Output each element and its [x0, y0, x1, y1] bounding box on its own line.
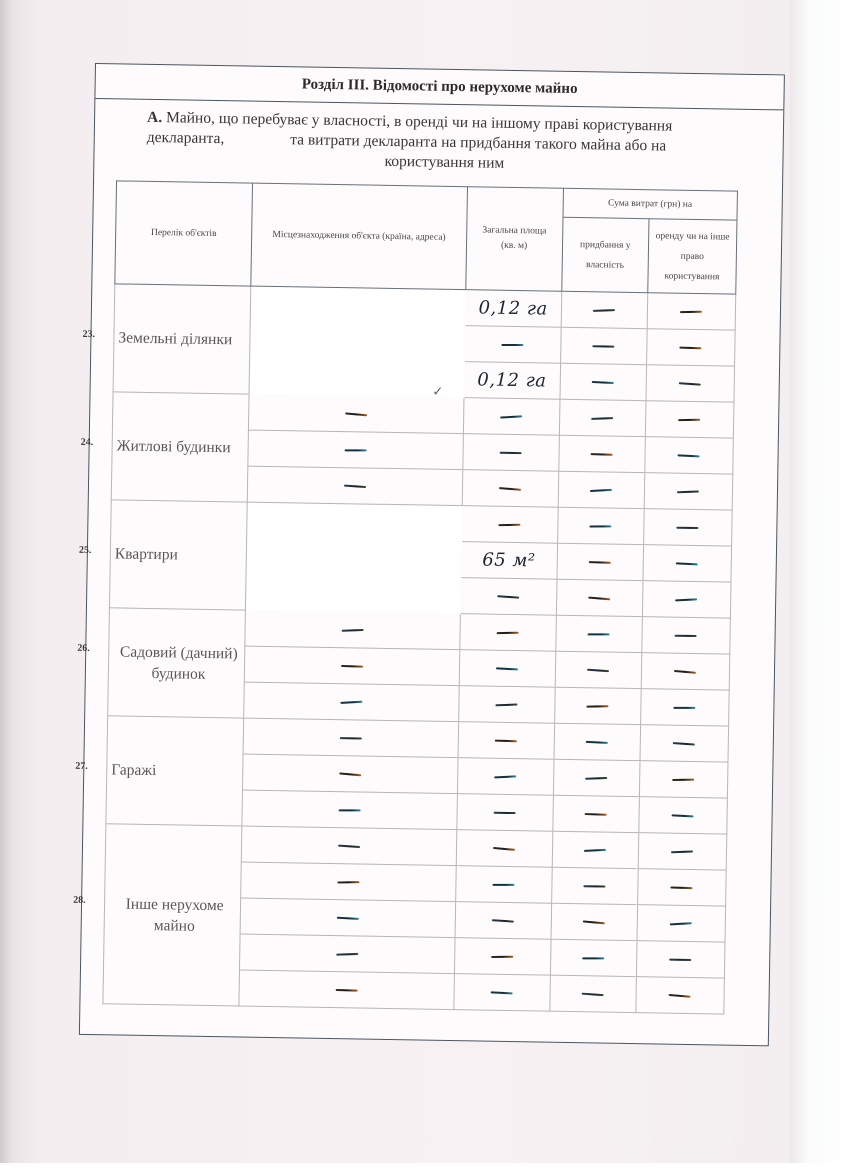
- object-type-cell: 23.Земельні ділянки: [113, 284, 251, 394]
- cell-area: —: [456, 794, 553, 832]
- handwritten-dash: [499, 487, 521, 491]
- cell-rent: —: [640, 689, 729, 726]
- handwritten-dash: [502, 344, 524, 346]
- cell-area: —: [453, 974, 550, 1012]
- redacted-gap: [224, 143, 286, 144]
- handwritten-dash: [496, 703, 518, 706]
- cell-location: —: [243, 754, 458, 794]
- cell-area: —: [462, 470, 559, 508]
- cell-rent: —: [638, 833, 727, 870]
- row-number: 25.: [79, 545, 92, 556]
- handwritten-dash: [491, 991, 513, 994]
- cell-rent: —: [643, 545, 732, 582]
- cell-area: —: [457, 758, 554, 796]
- cell-rent: —: [644, 473, 733, 510]
- cell-purchase: —: [553, 759, 640, 796]
- handwritten-dash: [337, 917, 359, 920]
- handwritten-dash: [671, 850, 693, 853]
- handwritten-dash: [339, 809, 361, 811]
- declaration-form-section: Розділ III. Відомості про нерухоме майно…: [79, 63, 785, 1046]
- cell-location: —: [241, 862, 456, 902]
- object-type-cell: 28.Інше нерухоме майно: [103, 824, 242, 1006]
- intro-text-2b: та витрати декларанта на придбання таког…: [290, 131, 666, 154]
- cell-location: —: [244, 682, 459, 722]
- object-type-cell: 26.Садовий (дачний) будинок: [108, 608, 246, 718]
- handwritten-dash: [584, 885, 606, 887]
- cell-location: —: [240, 898, 455, 938]
- handwritten-dash: [670, 958, 692, 960]
- handwritten-dash: [670, 922, 692, 925]
- cell-rent: —: [636, 977, 725, 1014]
- cell-rent: —: [637, 905, 726, 942]
- handwritten-dash: [673, 778, 695, 780]
- cell-purchase: —: [558, 471, 645, 508]
- handwritten-dash: [669, 994, 691, 998]
- cell-rent: —: [641, 653, 730, 690]
- handwritten-dash: [493, 847, 515, 851]
- handwritten-dash: [680, 346, 702, 349]
- cell-rent: —: [646, 329, 735, 366]
- cell-purchase: —: [558, 435, 645, 472]
- redacted-address: [redacted]: [246, 574, 461, 614]
- handwritten-dash: [671, 886, 693, 889]
- handwritten-dash: [679, 382, 701, 386]
- table-body: 23.Земельні ділянки[redacted]0,12 га——[r…: [103, 284, 736, 1014]
- handwritten-dash: [340, 737, 362, 739]
- cell-area: —: [461, 506, 558, 544]
- section-intro: А. Майно, що перебуває у власності, в ор…: [94, 107, 783, 178]
- cell-location: —: [241, 826, 456, 866]
- cell-area: —: [464, 326, 561, 364]
- cell-purchase: —: [554, 723, 641, 760]
- cell-rent: —: [643, 509, 732, 546]
- handwritten-dash: [494, 775, 516, 778]
- handwritten-dash: [497, 632, 519, 634]
- handwritten-dash: [591, 417, 613, 420]
- cell-location: —: [239, 970, 454, 1010]
- handwritten-dash: [592, 381, 614, 384]
- handwritten-value: 0,12 га: [477, 369, 546, 391]
- redacted-address: [redacted]: [246, 538, 461, 578]
- subsection-label: А.: [147, 109, 162, 126]
- handwritten-dash: [674, 670, 696, 674]
- redacted-address: [redacted]: [250, 286, 465, 326]
- handwritten-dash: [590, 489, 612, 492]
- cell-purchase: —: [553, 795, 640, 832]
- cell-area: —: [458, 686, 555, 724]
- handwritten-dash: [491, 956, 513, 958]
- cell-area: —: [459, 614, 556, 652]
- header-expenses: Сума витрат (грн) на: [563, 188, 738, 220]
- handwritten-dash: [676, 598, 698, 601]
- cell-area: —: [458, 722, 555, 760]
- handwritten-dash: [677, 527, 699, 529]
- cell-rent: —: [642, 581, 731, 618]
- cell-purchase: —: [550, 975, 637, 1012]
- handwritten-dash: [583, 920, 605, 924]
- header-purchase: придбання у власність: [561, 217, 648, 292]
- handwritten-dash: [345, 412, 367, 416]
- cell-rent: —: [640, 725, 729, 762]
- handwritten-dash: [593, 345, 615, 347]
- handwritten-dash: [337, 881, 359, 883]
- handwritten-dash: [582, 992, 604, 996]
- object-type-cell: 27.Гаражі: [106, 716, 244, 826]
- handwritten-dash: [674, 707, 696, 709]
- handwritten-dash: [338, 844, 360, 848]
- cell-purchase: —: [559, 399, 646, 436]
- intro-text-2a: декларанта,: [147, 129, 225, 147]
- cell-location: —: [245, 610, 460, 650]
- scanner-margin: [790, 0, 850, 1169]
- cell-location: —: [242, 790, 457, 830]
- handwritten-dash: [345, 449, 367, 451]
- handwritten-dash: [672, 814, 694, 817]
- cell-purchase: —: [551, 903, 638, 940]
- handwritten-dash: [588, 596, 610, 600]
- handwritten-dash: [585, 813, 607, 816]
- handwritten-dash: [341, 665, 363, 668]
- cell-area: —: [462, 434, 559, 472]
- real-estate-table: Перелік об'єктів Місцезнаходження об'єкт…: [102, 180, 738, 1014]
- handwritten-dash: [675, 635, 697, 637]
- row-number: 26.: [77, 642, 90, 653]
- handwritten-dash: [492, 919, 514, 923]
- cell-rent: —: [639, 797, 728, 834]
- handwritten-dash: [589, 561, 611, 564]
- handwritten-dash: [494, 812, 516, 814]
- handwritten-dash: [582, 957, 604, 959]
- cell-rent: —: [637, 869, 726, 906]
- object-type-cell: 24.Житлові будинки: [111, 392, 249, 502]
- handwritten-dash: [496, 667, 518, 670]
- handwritten-dash: [676, 562, 698, 565]
- row-number: 24.: [81, 437, 94, 448]
- handwritten-dash: [588, 633, 610, 635]
- cell-rent: —: [645, 401, 734, 438]
- cell-location: —: [240, 934, 455, 974]
- header-location: Місцезнаходження об'єкта (країна, адреса…: [251, 183, 467, 290]
- row-number: 27.: [75, 761, 88, 772]
- cell-area: —: [463, 398, 560, 436]
- handwritten-dash: [587, 669, 609, 673]
- handwritten-dash: [499, 524, 521, 526]
- handwritten-dash: [673, 742, 695, 746]
- cell-area: —: [456, 830, 553, 868]
- cell-purchase: —: [554, 687, 641, 724]
- handwritten-dash: [336, 989, 358, 992]
- object-type-name: Квартири: [111, 543, 178, 565]
- cell-rent: —: [645, 437, 734, 474]
- cell-purchase: —: [557, 543, 644, 580]
- cell-area: —: [455, 902, 552, 940]
- cell-location: —✓: [249, 394, 464, 434]
- scanner-margin-bottom: [0, 1163, 850, 1169]
- handwritten-dash: [344, 484, 366, 488]
- handwritten-dash: [495, 739, 517, 742]
- object-type-cell: 25.Квартири: [109, 500, 247, 610]
- header-rent: оренду чи на інше право користування: [648, 219, 737, 294]
- handwritten-dash: [336, 953, 358, 956]
- cell-location: —: [244, 646, 459, 686]
- handwritten-check-mark: ✓: [432, 384, 443, 400]
- cell-area: —: [460, 578, 557, 616]
- handwritten-dash: [680, 311, 702, 313]
- cell-purchase: —: [556, 615, 643, 652]
- object-type-name: Садовий (дачний) будинок: [109, 641, 245, 685]
- object-type-name: Гаражі: [107, 759, 156, 781]
- cell-rent: —: [642, 617, 731, 654]
- handwritten-dash: [341, 629, 363, 632]
- cell-area: 65 м²: [461, 542, 558, 580]
- cell-purchase: —: [551, 867, 638, 904]
- object-type-name: Земельні ділянки: [114, 327, 232, 350]
- cell-rent: —: [639, 761, 728, 798]
- handwritten-dash: [585, 777, 607, 780]
- handwritten-dash: [586, 741, 608, 744]
- header-objects: Перелік об'єктів: [115, 181, 253, 286]
- cell-area: 0,12 га: [465, 290, 562, 328]
- redacted-address: [redacted]: [247, 502, 462, 542]
- handwritten-dash: [591, 453, 613, 456]
- handwritten-dash: [679, 419, 701, 421]
- handwritten-dash: [590, 525, 612, 527]
- row-number: 28.: [73, 894, 86, 905]
- cell-purchase: —: [552, 831, 639, 868]
- cell-rent: —: [646, 365, 735, 402]
- handwritten-dash: [339, 772, 361, 776]
- cell-purchase: —: [560, 363, 647, 400]
- handwritten-dash: [500, 415, 522, 418]
- handwritten-value: 0,12 га: [478, 297, 547, 319]
- cell-purchase: —: [560, 327, 647, 364]
- handwritten-dash: [500, 452, 522, 454]
- cell-location: —: [247, 466, 462, 506]
- redacted-address: [redacted]: [250, 322, 465, 362]
- cell-purchase: —: [557, 507, 644, 544]
- object-type-name: Інше нерухоме майно: [105, 893, 241, 937]
- cell-purchase: —: [556, 579, 643, 616]
- cell-purchase: —: [550, 939, 637, 976]
- handwritten-dash: [493, 884, 515, 886]
- cell-location: —: [243, 718, 458, 758]
- cell-area: —: [455, 866, 552, 904]
- handwritten-dash: [593, 309, 615, 312]
- cell-area: 0,12 га: [464, 362, 561, 400]
- handwritten-dash: [584, 849, 606, 852]
- cell-purchase: —: [555, 651, 642, 688]
- cell-location: —: [248, 430, 463, 470]
- cell-rent: —: [636, 941, 725, 978]
- cell-purchase: —: [561, 291, 648, 328]
- handwritten-dash: [587, 705, 609, 707]
- handwritten-dash: [340, 701, 362, 704]
- cell-area: —: [459, 650, 556, 688]
- cell-rent: —: [647, 293, 736, 330]
- handwritten-dash: [678, 454, 700, 457]
- cell-area: —: [454, 938, 551, 976]
- row-number: 23.: [82, 329, 95, 340]
- header-area: Загальна площа (кв. м): [465, 187, 563, 292]
- handwritten-dash: [677, 490, 699, 493]
- handwritten-value: 65 м²: [482, 549, 536, 571]
- handwritten-dash: [497, 595, 519, 599]
- object-type-name: Житлові будинки: [112, 435, 230, 458]
